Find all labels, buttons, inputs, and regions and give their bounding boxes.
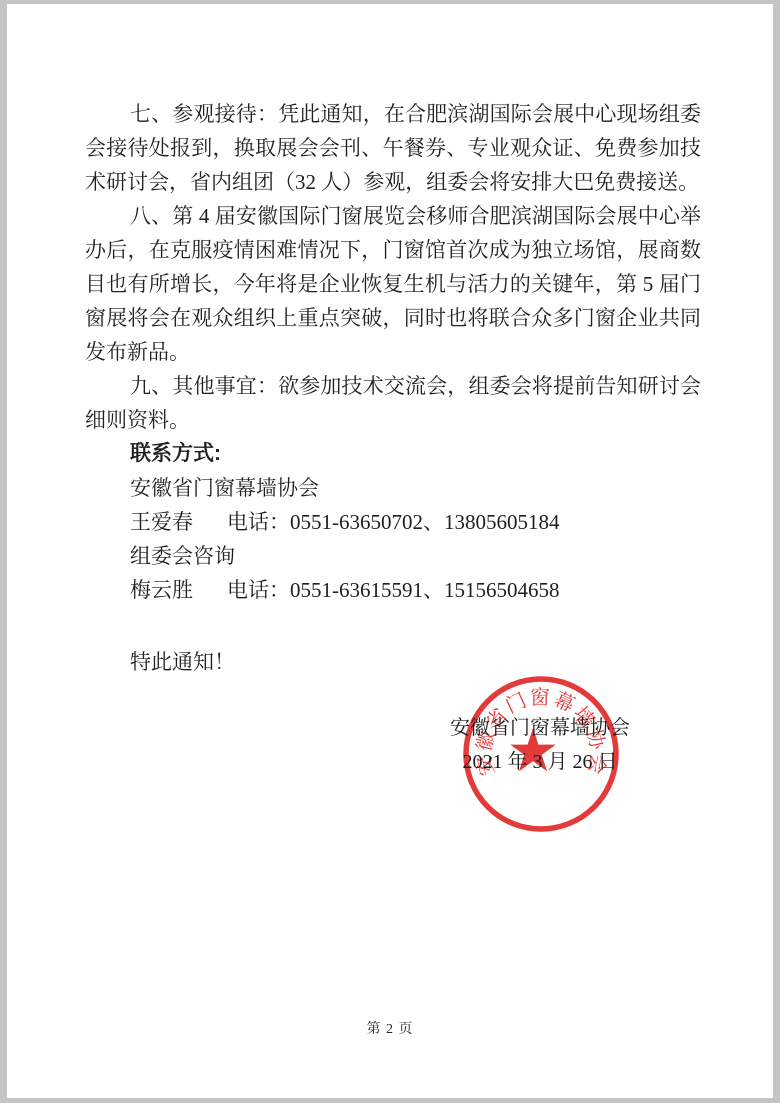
- contact-mei-phone: 电话：0551-63615591、15156504658: [227, 573, 560, 607]
- contact-row-association: 安徽省门窗幕墙协会: [85, 471, 701, 505]
- contact-wang-phone: 电话：0551-63650702、13805605184: [227, 505, 560, 539]
- contact-row-wang: 王爱春电话：0551-63650702、13805605184: [85, 505, 701, 539]
- document-page: 七、参观接待：凭此通知，在合肥滨湖国际会展中心现场组委会接待处报到，换取展会会刊…: [7, 4, 773, 1098]
- paragraph-eight: 八、第 4 届安徽国际门窗展览会移师合肥滨湖国际会展中心举办后，在克服疫情困难情…: [85, 199, 701, 369]
- page-number: 第 2 页: [7, 1018, 773, 1038]
- document-body: 七、参观接待：凭此通知，在合肥滨湖国际会展中心现场组委会接待处报到，换取展会会刊…: [85, 97, 701, 679]
- contact-committee-name: 组委会咨询: [130, 539, 235, 573]
- contact-heading: 联系方式:: [85, 437, 701, 471]
- contact-row-mei: 梅云胜电话：0551-63615591、15156504658: [85, 573, 701, 607]
- signature-date: 2021 年 3 月 26 日: [440, 745, 640, 779]
- paragraph-nine: 九、其他事宜：欲参加技术交流会，组委会将提前告知研讨会细则资料。: [85, 369, 701, 437]
- signature-block: 安徽省门窗幕墙协会 2021 年 3 月 26 日: [440, 711, 640, 779]
- viewer-background: 七、参观接待：凭此通知，在合肥滨湖国际会展中心现场组委会接待处报到，换取展会会刊…: [0, 0, 780, 1103]
- signature-org: 安徽省门窗幕墙协会: [440, 711, 640, 745]
- contact-wang-name: 王爱春: [130, 505, 193, 539]
- contact-row-committee: 组委会咨询: [85, 539, 701, 573]
- contact-mei-name: 梅云胜: [130, 573, 193, 607]
- paragraph-seven: 七、参观接待：凭此通知，在合肥滨湖国际会展中心现场组委会接待处报到，换取展会会刊…: [85, 97, 701, 199]
- contact-association-name: 安徽省门窗幕墙协会: [130, 471, 319, 505]
